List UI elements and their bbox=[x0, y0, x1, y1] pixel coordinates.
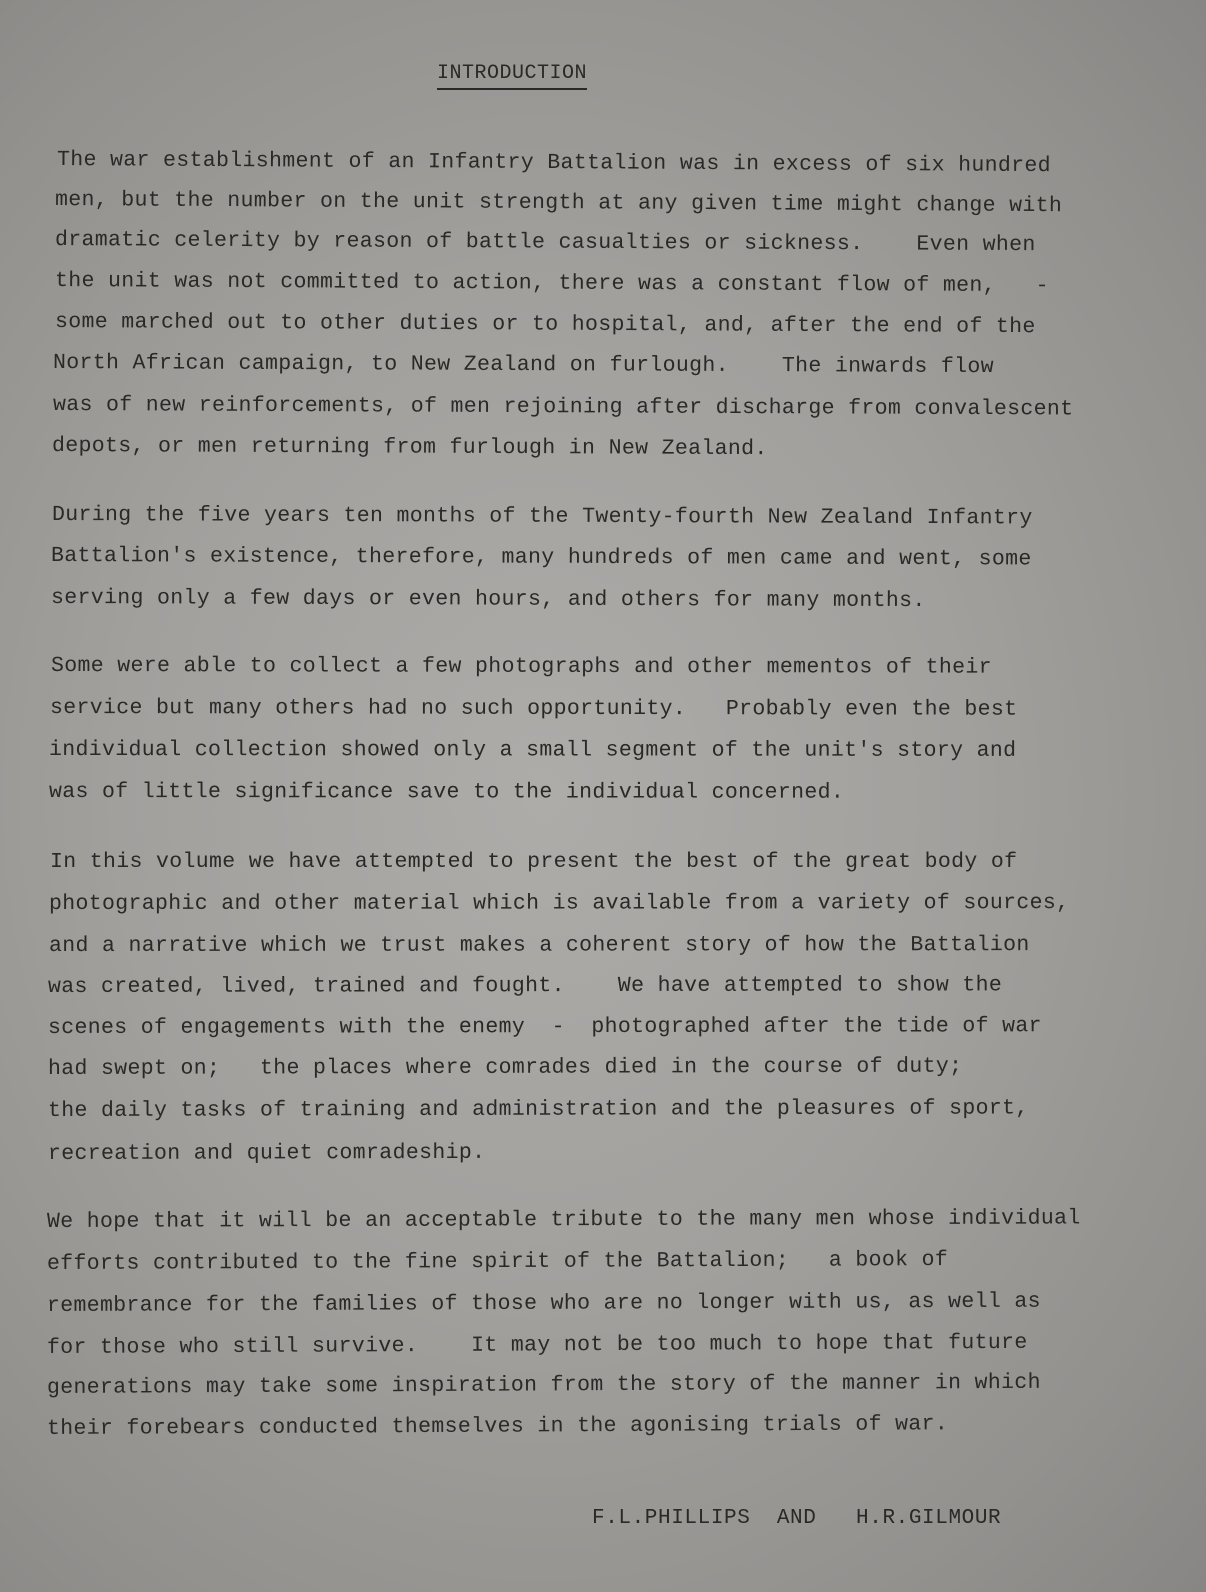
text-line: depots, or men returning from furlough i… bbox=[52, 436, 768, 461]
text-line: In this volume we have attempted to pres… bbox=[50, 852, 1017, 874]
text-line: for those who still survive. It may not … bbox=[47, 1333, 1028, 1360]
text-line: men, but the number on the unit strength… bbox=[55, 190, 1062, 218]
text-line: We hope that it will be an acceptable tr… bbox=[47, 1208, 1081, 1233]
text-line: photographic and other material which is… bbox=[49, 893, 1069, 915]
text-line: generations may take some inspiration fr… bbox=[47, 1373, 1041, 1400]
text-line: remembrance for the families of those wh… bbox=[47, 1292, 1041, 1318]
text-line: Battalion's existence, therefore, many h… bbox=[51, 546, 1032, 571]
text-line: Some were able to collect a few photogra… bbox=[51, 656, 992, 679]
text-line: their forebears conducted themselves in … bbox=[47, 1414, 948, 1440]
text-line: individual collection showed only a smal… bbox=[49, 740, 1016, 762]
author-signature: F.L.PHILLIPS AND H.R.GILMOUR bbox=[592, 1507, 1001, 1530]
page-title: INTRODUCTION bbox=[437, 62, 587, 90]
text-line: some marched out to other duties or to h… bbox=[55, 312, 1036, 339]
text-line: During the five years ten months of the … bbox=[52, 505, 1033, 530]
text-line: the daily tasks of training and administ… bbox=[48, 1098, 1029, 1122]
text-line: The war establishment of an Infantry Bat… bbox=[57, 150, 1051, 178]
text-line: was of little significance save to the i… bbox=[49, 782, 844, 804]
text-line: had swept on; the places where comrades … bbox=[48, 1057, 962, 1081]
text-line: service but many others had no such oppo… bbox=[50, 698, 1017, 721]
text-line: the unit was not committed to action, th… bbox=[55, 271, 1049, 298]
text-line: and a narrative which we trust makes a c… bbox=[49, 935, 1030, 957]
text-line: serving only a few days or even hours, a… bbox=[51, 588, 926, 613]
document-page: INTRODUCTION The war establishment of an… bbox=[0, 0, 1206, 1592]
text-line: efforts contributed to the fine spirit o… bbox=[47, 1250, 948, 1275]
text-line: scenes of engagements with the enemy - p… bbox=[48, 1016, 1042, 1039]
text-line: was of new reinforcements, of men rejoin… bbox=[53, 395, 1074, 421]
text-line: North African campaign, to New Zealand o… bbox=[53, 353, 994, 379]
text-line: dramatic celerity by reason of battle ca… bbox=[55, 230, 1036, 257]
text-line: was created, lived, trained and fought. … bbox=[48, 975, 1002, 998]
text-line: recreation and quiet comradeship. bbox=[48, 1143, 485, 1166]
